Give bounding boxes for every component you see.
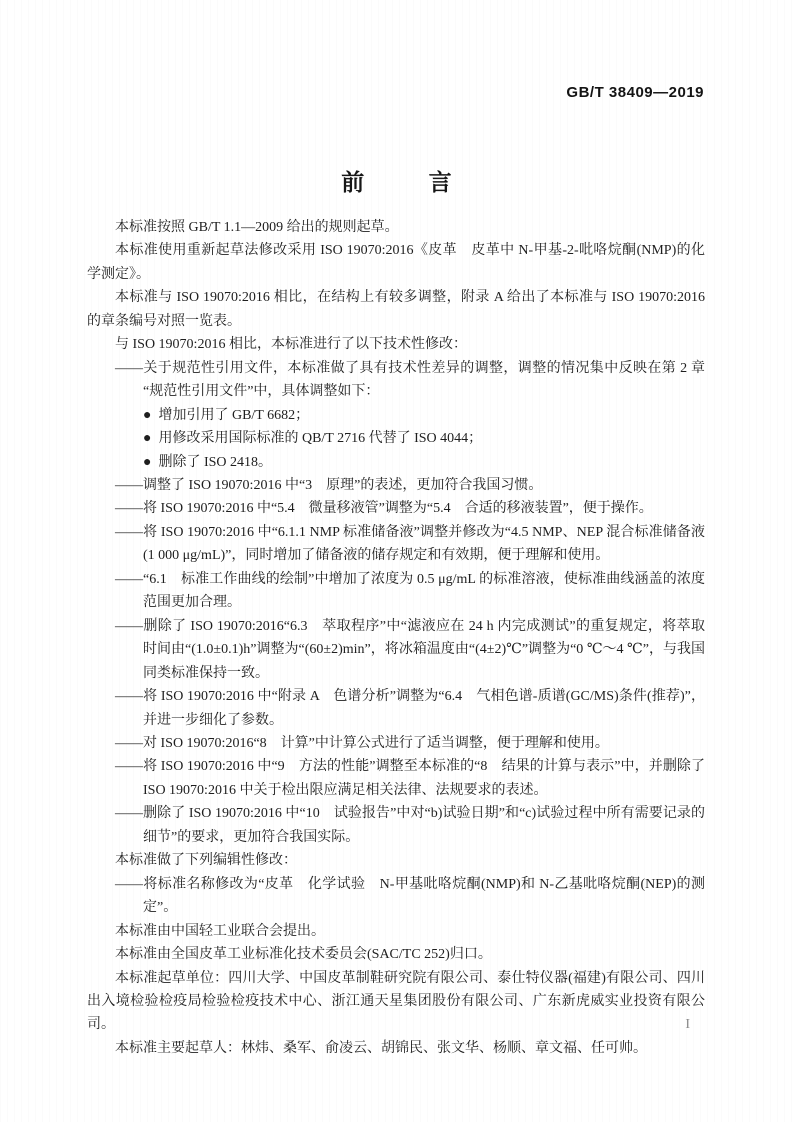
document-page: GB/T 38409—2019 前言 本标准按照 GB/T 1.1—2009 给… — [0, 0, 793, 1122]
paragraph-dash: ——调整了 ISO 19070:2016 中“3 原理”的表述，更加符合我国习惯… — [87, 474, 705, 497]
paragraph-dash: ——将标准名称修改为“皮革 化学试验 N-甲基吡咯烷酮(NMP)和 N-乙基吡咯… — [87, 873, 705, 920]
paragraph-para: 本标准按照 GB/T 1.1—2009 给出的规则起草。 — [87, 216, 705, 239]
standard-number: GB/T 38409—2019 — [566, 84, 704, 101]
paragraph-dash: ——删除了 ISO 19070:2016 中“10 试验报告”中对“b)试验日期… — [87, 802, 705, 849]
paragraph-para: 本标准使用重新起草法修改采用 ISO 19070:2016《皮革 皮革中 N-甲… — [87, 239, 705, 286]
paragraph-para: 本标准由中国轻工业联合会提出。 — [87, 920, 705, 943]
paragraph-para: 与 ISO 19070:2016 相比，本标准进行了以下技术性修改： — [87, 333, 705, 356]
paragraph-dash: ——将 ISO 19070:2016 中“9 方法的性能”调整至本标准的“8 结… — [87, 755, 705, 802]
paragraph-bullet: ● 删除了 ISO 2418。 — [87, 451, 705, 474]
paragraph-para: 本标准与 ISO 19070:2016 相比，在结构上有较多调整，附录 A 给出… — [87, 286, 705, 333]
paragraph-dash: ——删除了 ISO 19070:2016“6.3 萃取程序”中“滤液应在 24 … — [87, 615, 705, 685]
paragraph-para: 本标准起草单位：四川大学、中国皮革制鞋研究院有限公司、泰仕特仪器(福建)有限公司… — [87, 967, 705, 1037]
paragraph-dash: ——关于规范性引用文件，本标准做了具有技术性差异的调整，调整的情况集中反映在第 … — [87, 357, 705, 404]
paragraph-para: 本标准由全国皮革工业标准化技术委员会(SAC/TC 252)归口。 — [87, 943, 705, 966]
paragraph-dash: ——将 ISO 19070:2016 中“6.1.1 NMP 标准储备液”调整并… — [87, 521, 705, 568]
page-number: I — [685, 1017, 690, 1033]
paragraph-bullet: ● 增加引用了 GB/T 6682； — [87, 404, 705, 427]
paragraph-dash: ——将 ISO 19070:2016 中“附录 A 色谱分析”调整为“6.4 气… — [87, 685, 705, 732]
paragraph-dash: ——“6.1 标准工作曲线的绘制”中增加了浓度为 0.5 μg/mL 的标准溶液… — [87, 568, 705, 615]
paragraph-bullet: ● 用修改采用国际标准的 QB/T 2716 代替了 ISO 4044； — [87, 427, 705, 450]
paragraph-para: 本标准做了下列编辑性修改： — [87, 849, 705, 872]
paragraph-para: 本标准主要起草人：林炜、桑军、俞凌云、胡锦民、张文华、杨顺、章文福、任可帅。 — [87, 1037, 705, 1060]
page-title: 前言 — [0, 164, 793, 197]
paragraph-dash: ——将 ISO 19070:2016 中“5.4 微量移液管”调整为“5.4 合… — [87, 497, 705, 520]
foreword-body: 本标准按照 GB/T 1.1—2009 给出的规则起草。本标准使用重新起草法修改… — [87, 216, 705, 1060]
paragraph-dash: ——对 ISO 19070:2016“8 计算”中计算公式进行了适当调整，便于理… — [87, 732, 705, 755]
